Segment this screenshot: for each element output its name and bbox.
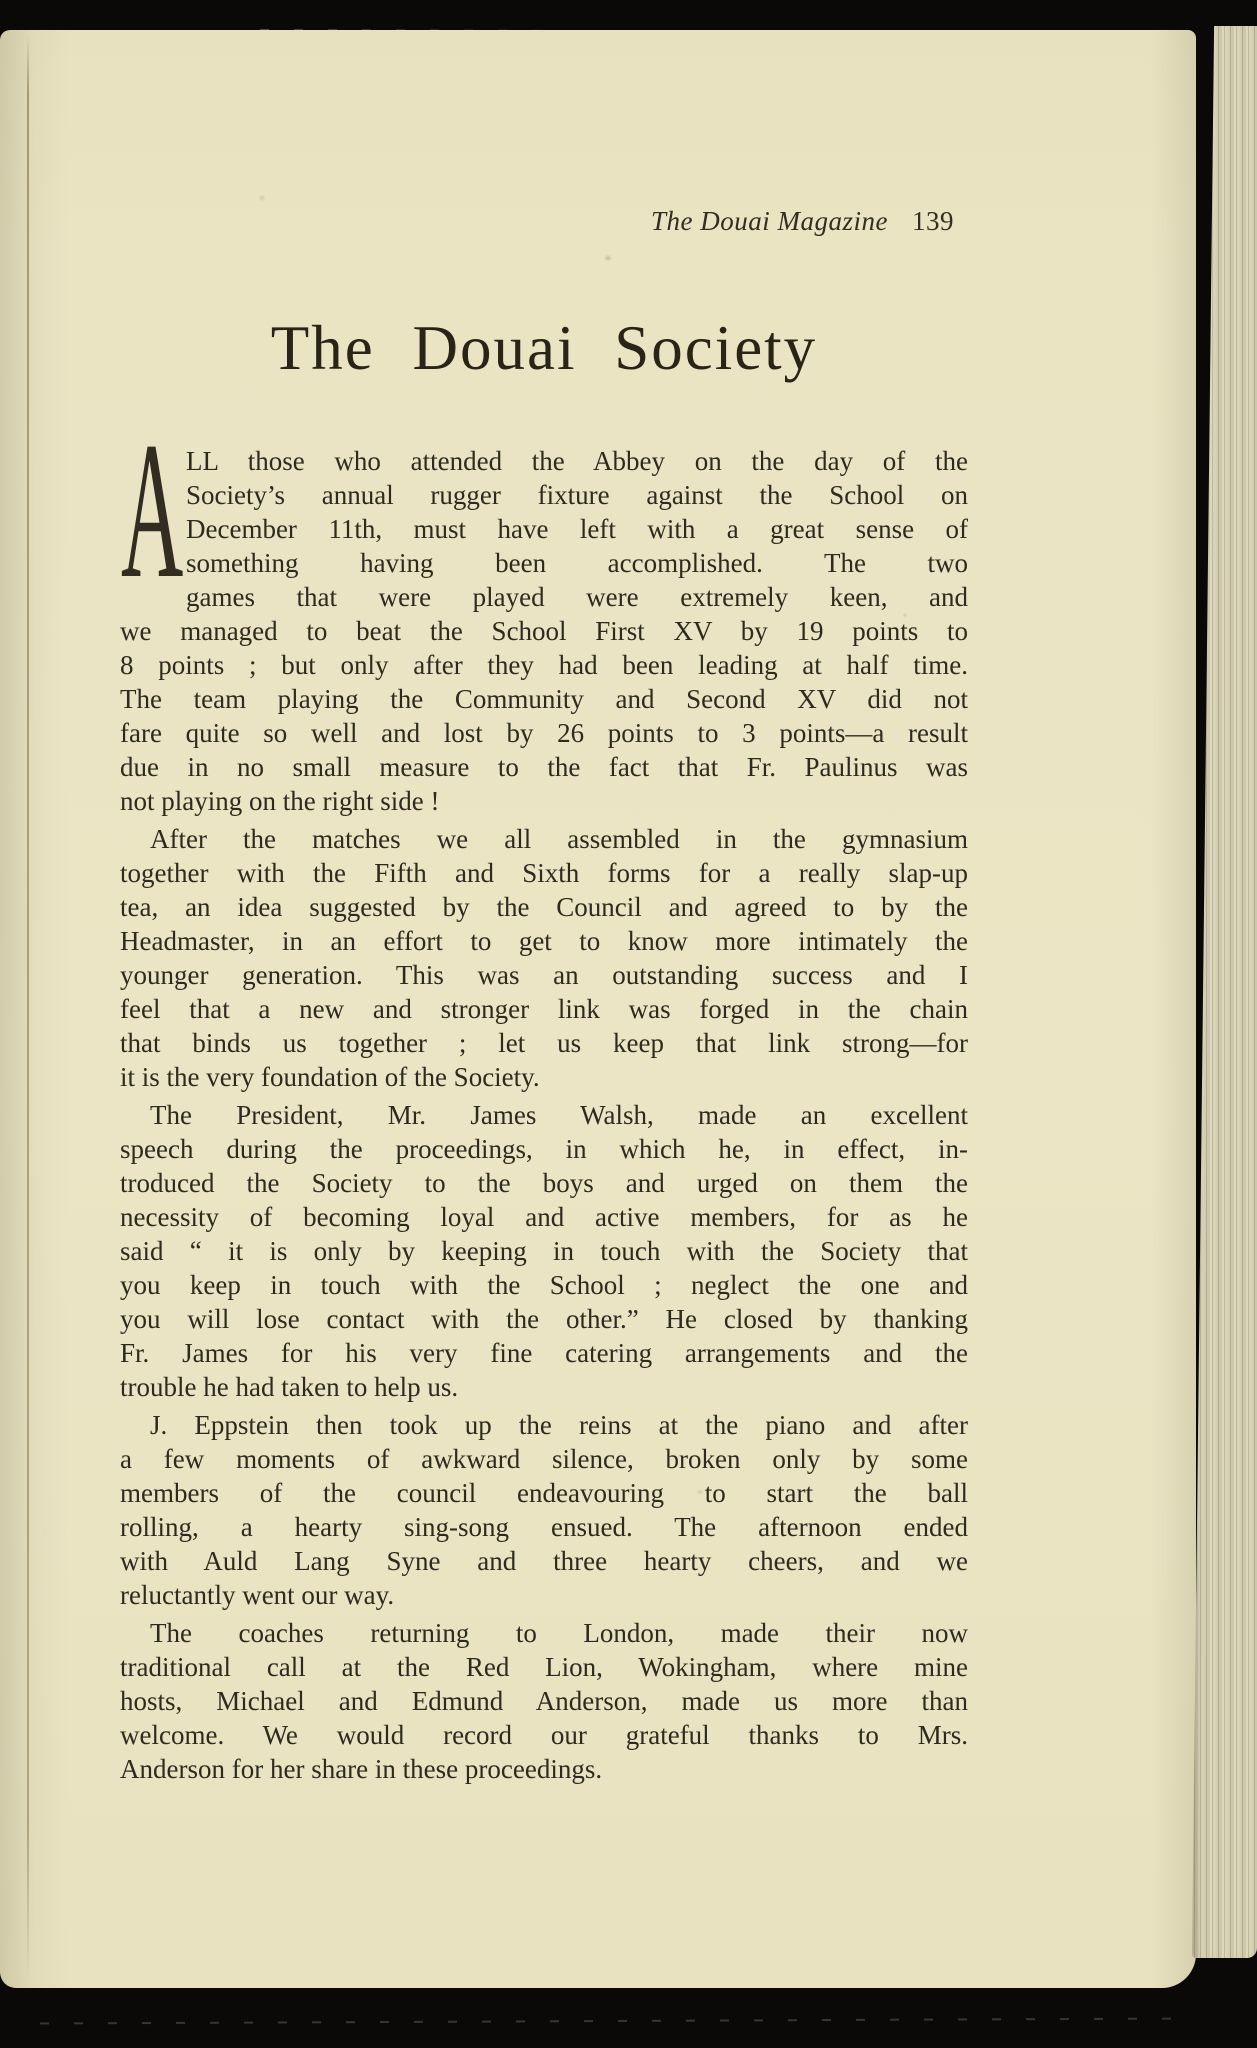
text-line: necessity of becoming loyal and active m… [120, 1200, 968, 1234]
text-line: said “ it is only by keeping in touch wi… [120, 1234, 968, 1268]
text-line: reluctantly went our way. [120, 1578, 968, 1612]
text-line: with Auld Lang Syne and three hearty che… [120, 1544, 968, 1578]
text-line: speech during the proceedings, in which … [120, 1132, 968, 1166]
text-line: The coaches returning to London, made th… [120, 1616, 968, 1650]
text-line: you will lose contact with the other.” H… [120, 1302, 968, 1336]
text-line: it is the very foundation of the Society… [120, 1060, 968, 1094]
running-header-title: The Douai Magazine [651, 206, 888, 236]
running-header: The Douai Magazine139 [120, 206, 968, 237]
text-line: Society’s annual rugger fixture against … [120, 478, 968, 512]
text-line: Anderson for her share in these proceedi… [120, 1752, 968, 1786]
text-line: December 11th, must have left with a gre… [120, 512, 968, 546]
text-line: younger generation. This was an outstand… [120, 958, 968, 992]
text-line: The President, Mr. James Walsh, made an … [120, 1098, 968, 1132]
text-line: a few moments of awkward silence, broken… [120, 1442, 968, 1476]
text-line: rolling, a hearty sing-song ensued. The … [120, 1510, 968, 1544]
running-header-page-number: 139 [912, 206, 954, 236]
text-line: you keep in touch with the School ; negl… [120, 1268, 968, 1302]
book-fore-edge-pages [1192, 26, 1257, 1958]
text-line: something having been accomplished. The … [120, 546, 968, 580]
text-line: members of the council endeavouring to s… [120, 1476, 968, 1510]
text-line: together with the Fifth and Sixth forms … [120, 856, 968, 890]
text-line: troduced the Society to the boys and urg… [120, 1166, 968, 1200]
text-line: J. Eppstein then took up the reins at th… [120, 1408, 968, 1442]
paragraph: The coaches returning to London, made th… [120, 1616, 968, 1786]
paragraph: ALL those who attended the Abbey on the … [120, 444, 968, 818]
book-page: The Douai Magazine139 The Douai Society … [0, 30, 1196, 1988]
text-line: traditional call at the Red Lion, Woking… [120, 1650, 968, 1684]
paragraph: The President, Mr. James Walsh, made an … [120, 1098, 968, 1404]
text-line: not playing on the right side ! [120, 784, 968, 818]
text-line: we managed to beat the School First XV b… [120, 614, 968, 648]
text-line: LL those who attended the Abbey on the d… [120, 444, 968, 478]
text-line: due in no small measure to the fact that… [120, 750, 968, 784]
paragraph: J. Eppstein then took up the reins at th… [120, 1408, 968, 1612]
drop-cap-letter: A [121, 413, 183, 609]
text-line: fare quite so well and lost by 26 points… [120, 716, 968, 750]
text-line: trouble he had taken to help us. [120, 1370, 968, 1404]
page-gutter-crease [27, 36, 29, 1978]
paragraph: After the matches we all assembled in th… [120, 822, 968, 1094]
text-line: games that were played were extremely ke… [120, 580, 968, 614]
cover-edge-highlight [40, 2017, 1190, 2024]
article-title: The Douai Society [120, 312, 968, 385]
article-body: ALL those who attended the Abbey on the … [120, 444, 968, 1786]
text-line: tea, an idea suggested by the Council an… [120, 890, 968, 924]
text-line: Fr. James for his very fine catering arr… [120, 1336, 968, 1370]
text-line: Headmaster, in an effort to get to know … [120, 924, 968, 958]
text-line: 8 points ; but only after they had been … [120, 648, 968, 682]
book-scan: The Douai Magazine139 The Douai Society … [0, 0, 1257, 2048]
text-line: that binds us together ; let us keep tha… [120, 1026, 968, 1060]
text-line: welcome. We would record our grateful th… [120, 1718, 968, 1752]
text-line: feel that a new and stronger link was fo… [120, 992, 968, 1026]
drop-cap: A [120, 444, 186, 610]
text-line: The team playing the Community and Secon… [120, 682, 968, 716]
text-line: hosts, Michael and Edmund Anderson, made… [120, 1684, 968, 1718]
text-line: After the matches we all assembled in th… [120, 822, 968, 856]
